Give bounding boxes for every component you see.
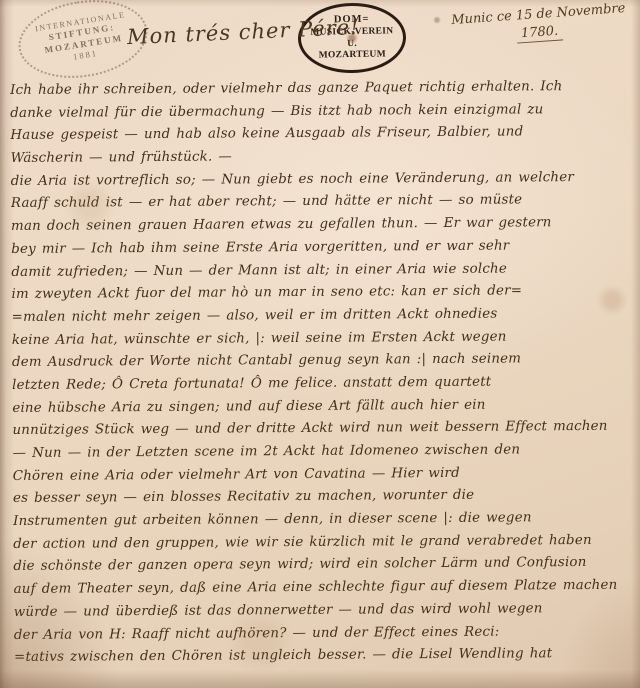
letter-line: man doch seinen grauen Haaren etwas zu g…	[11, 212, 637, 239]
letter-page: INTERNATIONALE STIFTUNG: MOZARTEUM 1881 …	[0, 0, 640, 688]
letter-line: =tativs zwischen den Chören ist ungleich…	[14, 643, 640, 670]
date-year: 1780.	[516, 23, 562, 43]
stamp-text: MOZARTEUM	[319, 50, 386, 63]
dateline: Munic ce 15 de Novembre 1780.	[447, 1, 631, 49]
letter-line: unnütziges Stück weg — und der dritte Ac…	[12, 416, 638, 443]
stamp-text: U.	[347, 39, 357, 51]
letter-line: auf dem Theater seyn, daß eine Aria eine…	[13, 575, 639, 602]
letter-body: Ich habe ihr schreiben, oder vielmehr da…	[10, 76, 640, 670]
